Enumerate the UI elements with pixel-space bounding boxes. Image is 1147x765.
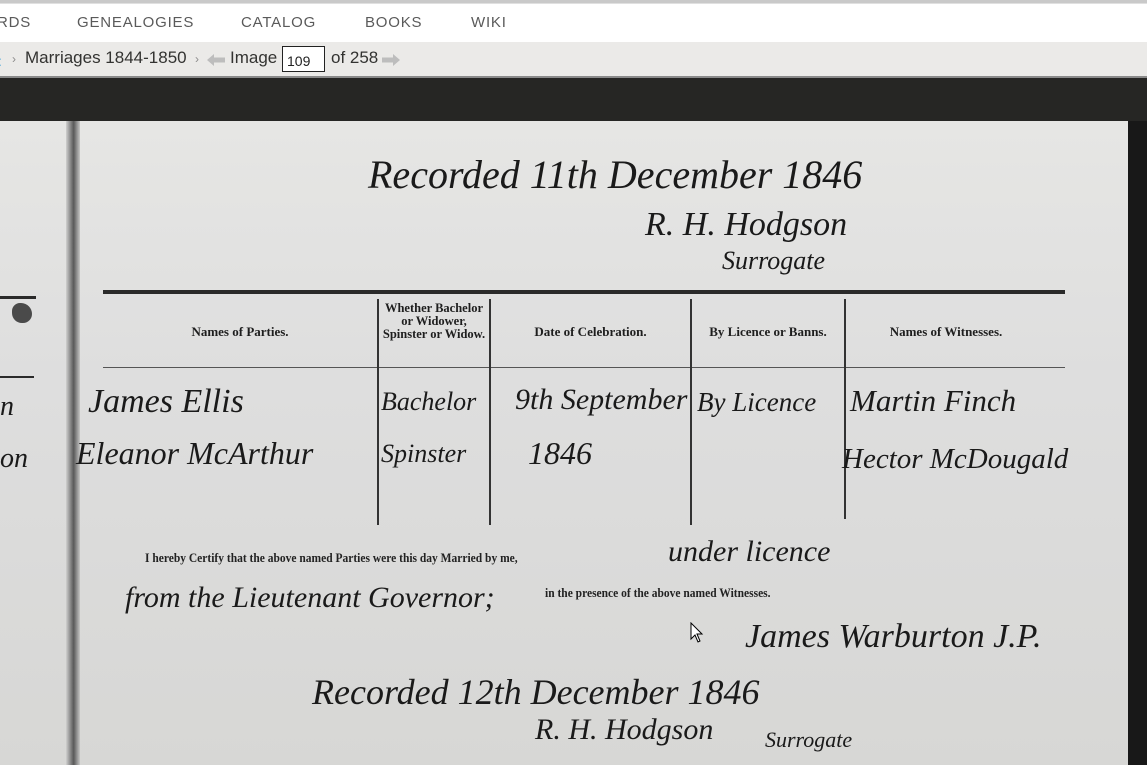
party-groom: James Ellis [88, 383, 244, 421]
record-image-viewer[interactable]: n on Recorded 11th December 1846 R. H. H… [0, 121, 1128, 765]
main-nav: RDS GENEALOGIES CATALOG BOOKS WIKI [0, 4, 1147, 42]
nav-wiki[interactable]: WIKI [471, 14, 507, 31]
recorded-top: Recorded 11th December 1846 [368, 151, 862, 198]
header-names-of-witnesses: Names of Witnesses. [846, 325, 1046, 338]
arrow-right-icon[interactable] [382, 54, 400, 66]
header-names-of-parties: Names of Parties. [103, 325, 377, 338]
recorded-bottom: Recorded 12th December 1846 [312, 671, 760, 713]
left-page-fragment: on [0, 443, 28, 475]
nav-records[interactable]: RDS [0, 14, 31, 31]
registrar-signature-top: R. H. Hodgson [645, 206, 847, 244]
image-number-input[interactable] [282, 46, 325, 72]
status-groom: Bachelor [381, 387, 476, 417]
registrar-title-bottom: Surrogate [765, 727, 852, 753]
table-top-rule [103, 290, 1065, 294]
nav-books[interactable]: BOOKS [365, 14, 422, 31]
certify-printed-line-1: I hereby Certify that the above named Pa… [145, 551, 518, 566]
nav-catalog[interactable]: CATALOG [241, 14, 316, 31]
table-column-divider [377, 299, 379, 525]
mouse-cursor-icon [690, 622, 704, 644]
registrar-title-top: Surrogate [722, 246, 825, 276]
celebration-date: 9th September [515, 383, 687, 417]
breadcrumb: : › Marriages 1844-1850 › Image of 258 [0, 42, 1147, 78]
certify-handwritten-1: under licence [668, 535, 830, 569]
certify-handwritten-2: from the Lieutenant Governor; [125, 581, 495, 615]
header-date-of-celebration: Date of Celebration. [491, 325, 690, 338]
nav-genealogies[interactable]: GENEALOGIES [77, 14, 194, 31]
registrar-signature-bottom: R. H. Hodgson [535, 713, 713, 747]
breadcrumb-separator: › [12, 52, 16, 66]
header-licence-or-banns: By Licence or Banns. [692, 325, 844, 338]
breadcrumb-collection-link[interactable]: Marriages 1844-1850 [25, 48, 187, 68]
witness-1: Martin Finch [850, 383, 1016, 419]
licence-type: By Licence [697, 387, 816, 418]
image-total: of 258 [331, 48, 378, 68]
left-page-rule [0, 376, 34, 378]
viewer-toolbar-area [0, 80, 1147, 121]
breadcrumb-prev-fragment[interactable]: : [0, 53, 2, 65]
celebration-year: 1846 [528, 435, 592, 472]
certify-printed-line-2: in the presence of the above named Witne… [545, 586, 771, 601]
status-bride: Spinster [381, 439, 466, 469]
arrow-left-icon[interactable] [207, 54, 225, 66]
image-label: Image [230, 48, 277, 68]
left-page-rule [0, 296, 36, 299]
party-bride: Eleanor McArthur [76, 435, 313, 472]
header-bachelor-spinster: Whether Bachelor or Widower, Spinster or… [380, 302, 488, 341]
viewer-right-edge [1128, 121, 1147, 765]
left-page-fragment: n [0, 391, 14, 423]
table-header-rule [103, 367, 1065, 368]
witness-2: Hector McDougald [842, 443, 1068, 476]
officiant-signature: James Warburton J.P. [745, 618, 1042, 656]
breadcrumb-separator: › [195, 52, 199, 66]
ink-blot [12, 303, 32, 323]
